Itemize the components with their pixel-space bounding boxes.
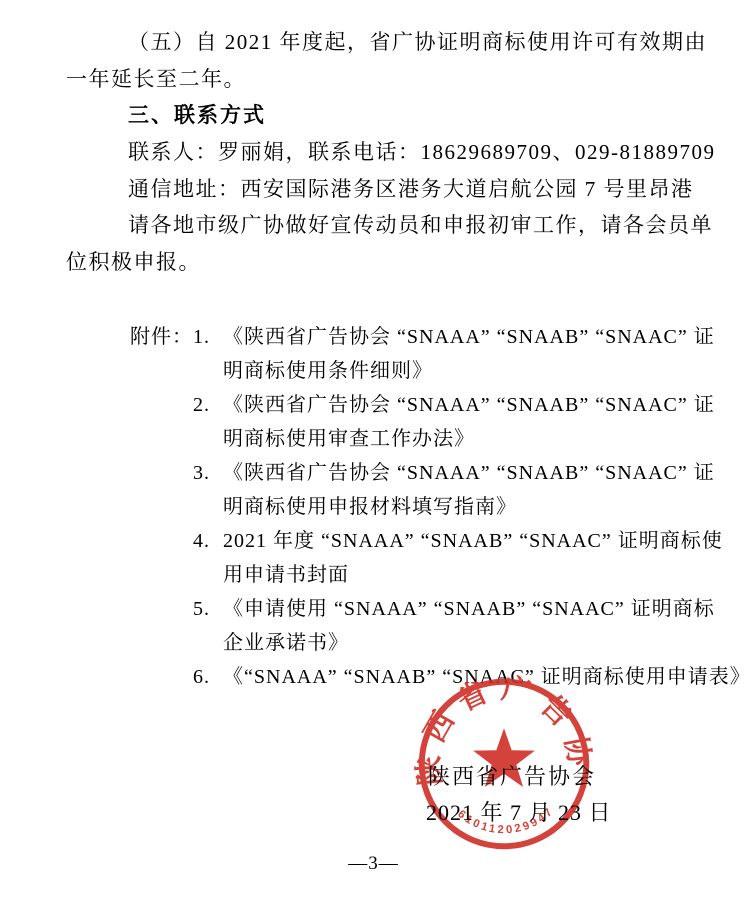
attachment-item: 2. 《陕西省广告协会 “SNAAA” “SNAAB” “SNAAC” 证 明商… [193, 388, 747, 456]
attachment-number: 2. [193, 388, 223, 422]
attachment-number: 4. [193, 524, 223, 558]
attachment-text-wrap: 明商标使用审查工作办法》 [193, 422, 747, 456]
attachments-section: 附件： 1. 《陕西省广告协会 “SNAAA” “SNAAB” “SNAAC” … [130, 320, 686, 694]
attachment-number: 6. [193, 660, 223, 694]
attachment-item: 6. 《“SNAAA” “SNAAB” “SNAAC” 证明商标使用申请表》 [193, 660, 747, 694]
seal-star-icon [473, 728, 535, 787]
contact-person-line: 联系人：罗丽娟，联系电话：18629689709、029-81889709 [66, 134, 686, 171]
signature-org-name: 陕西省广告协会 [428, 760, 596, 791]
attachment-item: 5. 《申请使用 “SNAAA” “SNAAB” “SNAAC” 证明商标 企业… [193, 592, 747, 660]
attachment-item: 3. 《陕西省广告协会 “SNAAA” “SNAAB” “SNAAC” 证 明商… [193, 456, 747, 524]
seal-code-text: 610112029947 [455, 805, 557, 837]
attachment-text: 2021 年度 “SNAAA” “SNAAB” “SNAAC” 证明商标使 [223, 524, 723, 558]
mobilize-line1: 请各地市级广协做好宣传动员和申报初审工作，请各会员单 [66, 207, 686, 244]
attachment-text: 《“SNAAA” “SNAAB” “SNAAC” 证明商标使用申请表》 [223, 660, 747, 694]
attachment-text: 《陕西省广告协会 “SNAAA” “SNAAB” “SNAAC” 证 [223, 320, 715, 354]
attachment-text: 《陕西省广告协会 “SNAAA” “SNAAB” “SNAAC” 证 [223, 388, 715, 422]
official-seal-stamp-icon: 陕西省广告协会 610112029947 [412, 672, 596, 856]
mailing-address-line: 通信地址：西安国际港务区港务大道启航公园 7 号里昂港 [66, 171, 686, 208]
paragraph-five-line2: 一年延长至二年。 [66, 61, 686, 98]
document-body: （五）自 2021 年度起，省广协证明商标使用许可有效期由 一年延长至二年。 三… [66, 24, 686, 694]
attachment-number: 3. [193, 456, 223, 490]
attachments-list: 1. 《陕西省广告协会 “SNAAA” “SNAAB” “SNAAC” 证 明商… [193, 320, 747, 694]
attachment-text: 《申请使用 “SNAAA” “SNAAB” “SNAAC” 证明商标 [223, 592, 715, 626]
attachment-number: 5. [193, 592, 223, 626]
attachment-text-wrap: 用申请书封面 [193, 558, 747, 592]
attachment-item: 1. 《陕西省广告协会 “SNAAA” “SNAAB” “SNAAC” 证 明商… [193, 320, 747, 388]
svg-text:610112029947: 610112029947 [455, 805, 557, 837]
signature-date: 2021 年 7 月 23 日 [426, 796, 612, 827]
attachment-text-wrap: 明商标使用条件细则》 [193, 354, 747, 388]
document-page: （五）自 2021 年度起，省广协证明商标使用许可有效期由 一年延长至二年。 三… [0, 0, 747, 897]
paragraph-five-line1: （五）自 2021 年度起，省广协证明商标使用许可有效期由 [66, 24, 686, 61]
mobilize-line2: 位积极申报。 [66, 244, 686, 281]
attachment-number: 1. [193, 320, 223, 354]
attachments-label: 附件： [130, 320, 193, 694]
attachment-item: 4. 2021 年度 “SNAAA” “SNAAB” “SNAAC” 证明商标使… [193, 524, 747, 592]
section-heading-contact: 三、联系方式 [66, 97, 686, 134]
attachment-text-wrap: 明商标使用申报材料填写指南》 [193, 490, 747, 524]
attachment-text-wrap: 企业承诺书》 [193, 626, 747, 660]
seal-ring-circle [422, 682, 587, 847]
attachment-text: 《陕西省广告协会 “SNAAA” “SNAAB” “SNAAC” 证 [223, 456, 715, 490]
page-number: —3— [0, 853, 747, 875]
